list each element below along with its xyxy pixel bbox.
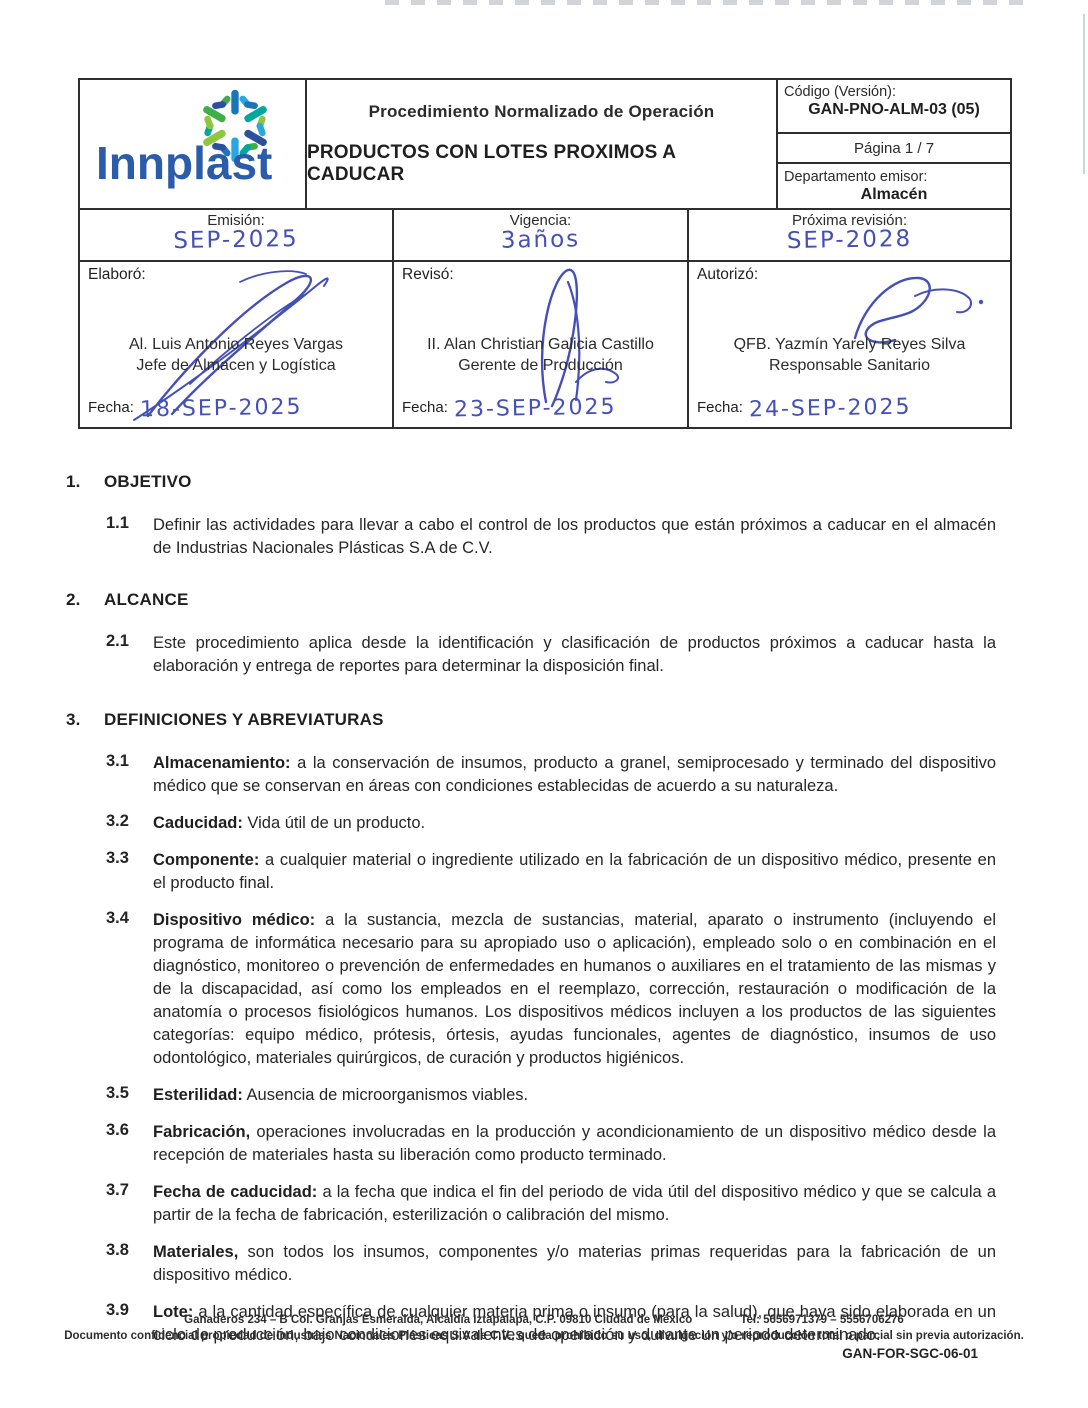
- header-table: Innplast Procedimiento Normalizado de Op…: [78, 78, 1012, 429]
- item-number: 3.6: [106, 1121, 153, 1167]
- reviso-fecha-label: Fecha:: [402, 399, 448, 416]
- next-review-cell: Próxima revisión: SEP-2028: [689, 210, 1010, 260]
- definition-item: 3.8 Materiales, son todos los insumos, c…: [66, 1241, 1008, 1287]
- code-value: GAN-PNO-ALM-03 (05): [784, 101, 1004, 119]
- item-number: 3.4: [106, 909, 153, 1070]
- reviso-cell: Revisó: II. Alan Christian Galicia Casti…: [394, 262, 689, 427]
- definition-item: 3.4 Dispositivo médico: a la sustancia, …: [66, 909, 1008, 1070]
- reviso-name: II. Alan Christian Galicia Castillo: [394, 334, 687, 355]
- reviso-name-title: II. Alan Christian Galicia Castillo Gere…: [394, 334, 687, 376]
- section-number: 1.: [66, 472, 90, 492]
- page-number: Página 1 / 7: [854, 140, 934, 157]
- scan-artifact-top: [385, 0, 1035, 5]
- footer-confidential-line: Documento confidencial propiedad de Indu…: [0, 1330, 1088, 1342]
- item-number: 3.7: [106, 1181, 153, 1227]
- logo-cell: Innplast: [80, 80, 307, 208]
- item-number: 3.8: [106, 1241, 153, 1287]
- item-number: 3.5: [106, 1084, 153, 1107]
- department-cell: Departamento emisor: Almacén: [778, 164, 1010, 208]
- item-number: 3.2: [106, 812, 153, 835]
- autorizo-name-title: QFB. Yazmín Yarely Reyes Silva Responsab…: [689, 334, 1010, 376]
- next-review-handwritten-value: SEP-2028: [689, 224, 1010, 256]
- department-value: Almacén: [784, 186, 1004, 204]
- item-number: 3.3: [106, 849, 153, 895]
- item-text: Componente: a cualquier material o ingre…: [153, 849, 1008, 895]
- section-number: 2.: [66, 590, 90, 610]
- scan-artifact-right-line: [1083, 14, 1085, 174]
- item-number: 1.1: [106, 514, 153, 560]
- elaboro-name-title: Al. Luis Antonio Reyes Vargas Jefe de Al…: [80, 334, 392, 376]
- autorizo-label: Autorizó:: [697, 266, 758, 283]
- item-text: Dispositivo médico: a la sustancia, mezc…: [153, 909, 1008, 1070]
- emission-cell: Emisión: SEP-2025: [80, 210, 394, 260]
- section-definiciones: 3. DEFINICIONES Y ABREVIATURAS 3.1 Almac…: [66, 710, 1008, 1361]
- autorizo-fecha-label: Fecha:: [697, 399, 743, 416]
- reviso-label: Revisó:: [402, 266, 454, 283]
- reviso-title: Gerente de Producción: [394, 355, 687, 376]
- section-objetivo: 1. OBJETIVO 1.1 Definir las actividades …: [66, 472, 1008, 574]
- elaboro-fecha-row: Fecha:18-SEP-2025: [88, 396, 302, 421]
- footer-address: Ganaderos 234 – B Col. Granjas Esmeralda…: [184, 1314, 692, 1326]
- footer-form-code: GAN-FOR-SGC-06-01: [0, 1346, 1088, 1361]
- section-heading: 2. ALCANCE: [66, 590, 1008, 610]
- autorizo-cell: Autorizó: QFB. Yazmín Yarely Reyes Silva…: [689, 262, 1010, 427]
- department-label: Departamento emisor:: [784, 169, 1004, 185]
- elaboro-cell: Elaboró: Al. Luis Antonio Reyes Vargas J…: [80, 262, 394, 427]
- title-cell: Procedimiento Normalizado de Operación P…: [307, 80, 778, 208]
- elaboro-fecha-handwritten: 18-SEP-2025: [140, 395, 303, 423]
- validity-handwritten-value: 3años: [394, 224, 687, 255]
- item-text: Fecha de caducidad: a la fecha que indic…: [153, 1181, 1008, 1227]
- elaboro-title: Jefe de Almacen y Logística: [80, 355, 392, 376]
- section-heading: 3. DEFINICIONES Y ABREVIATURAS: [66, 710, 1008, 730]
- item-text: Este procedimiento aplica desde la ident…: [153, 632, 1008, 678]
- item-text: Materiales, son todos los insumos, compo…: [153, 1241, 1008, 1287]
- footer-address-line: Ganaderos 234 – B Col. Granjas Esmeralda…: [0, 1314, 1088, 1326]
- definition-item: 3.1 Almacenamiento: a la conservación de…: [66, 752, 1008, 798]
- definition-item: 3.7 Fecha de caducidad: a la fecha que i…: [66, 1181, 1008, 1227]
- definition-item: 3.3 Componente: a cualquier material o i…: [66, 849, 1008, 895]
- logo-wordmark: Innplast: [96, 136, 272, 190]
- code-page-dept-column: Código (Versión): GAN-PNO-ALM-03 (05) Pá…: [778, 80, 1010, 208]
- header-row-dates: Emisión: SEP-2025 Vigencia: 3años Próxim…: [80, 210, 1010, 262]
- item-number: 2.1: [106, 632, 153, 678]
- elaboro-fecha-label: Fecha:: [88, 399, 134, 416]
- code-cell: Código (Versión): GAN-PNO-ALM-03 (05): [778, 80, 1010, 134]
- section-title: OBJETIVO: [104, 472, 192, 492]
- document-title: PRODUCTOS CON LOTES PROXIMOS A CADUCAR: [307, 142, 776, 186]
- definition-item: 3.2 Caducidad: Vida útil de un producto.: [66, 812, 1008, 835]
- definition-item: 3.5 Esterilidad: Ausencia de microorgani…: [66, 1084, 1008, 1107]
- document-page: Innplast Procedimiento Normalizado de Op…: [0, 0, 1088, 1408]
- autorizo-title: Responsable Sanitario: [689, 355, 1010, 376]
- definition-item: 3.6 Fabricación, operaciones involucrada…: [66, 1121, 1008, 1167]
- item-number: 3.1: [106, 752, 153, 798]
- validity-cell: Vigencia: 3años: [394, 210, 689, 260]
- autorizo-fecha-row: Fecha:24-SEP-2025: [697, 396, 911, 421]
- document-type: Procedimiento Normalizado de Operación: [369, 102, 715, 122]
- item-text: Fabricación, operaciones involucradas en…: [153, 1121, 1008, 1167]
- section-alcance: 2. ALCANCE 2.1 Este procedimiento aplica…: [66, 590, 1008, 692]
- section-heading: 1. OBJETIVO: [66, 472, 1008, 492]
- reviso-fecha-handwritten: 23-SEP-2025: [454, 395, 617, 423]
- autorizo-name: QFB. Yazmín Yarely Reyes Silva: [689, 334, 1010, 355]
- header-row-approvals: Elaboró: Al. Luis Antonio Reyes Vargas J…: [80, 262, 1010, 427]
- page-cell: Página 1 / 7: [778, 134, 1010, 164]
- emission-handwritten-value: SEP-2025: [80, 224, 392, 255]
- item-text: Caducidad: Vida útil de un producto.: [153, 812, 1008, 835]
- list-item: 1.1 Definir las actividades para llevar …: [66, 514, 1008, 560]
- item-text: Almacenamiento: a la conservación de ins…: [153, 752, 1008, 798]
- item-text: Esterilidad: Ausencia de microorganismos…: [153, 1084, 1008, 1107]
- autorizo-fecha-handwritten: 24-SEP-2025: [749, 395, 912, 423]
- header-row-title: Innplast Procedimiento Normalizado de Op…: [80, 80, 1010, 210]
- elaboro-name: Al. Luis Antonio Reyes Vargas: [80, 334, 392, 355]
- section-title: ALCANCE: [104, 590, 189, 610]
- code-label: Código (Versión):: [784, 84, 1004, 100]
- footer-tel: Tel: 5656971379 – 5556706276: [740, 1314, 904, 1326]
- section-number: 3.: [66, 710, 90, 730]
- section-title: DEFINICIONES Y ABREVIATURAS: [104, 710, 384, 730]
- reviso-fecha-row: Fecha:23-SEP-2025: [402, 396, 616, 421]
- elaboro-label: Elaboró:: [88, 266, 146, 283]
- item-text: Definir las actividades para llevar a ca…: [153, 514, 1008, 560]
- list-item: 2.1 Este procedimiento aplica desde la i…: [66, 632, 1008, 678]
